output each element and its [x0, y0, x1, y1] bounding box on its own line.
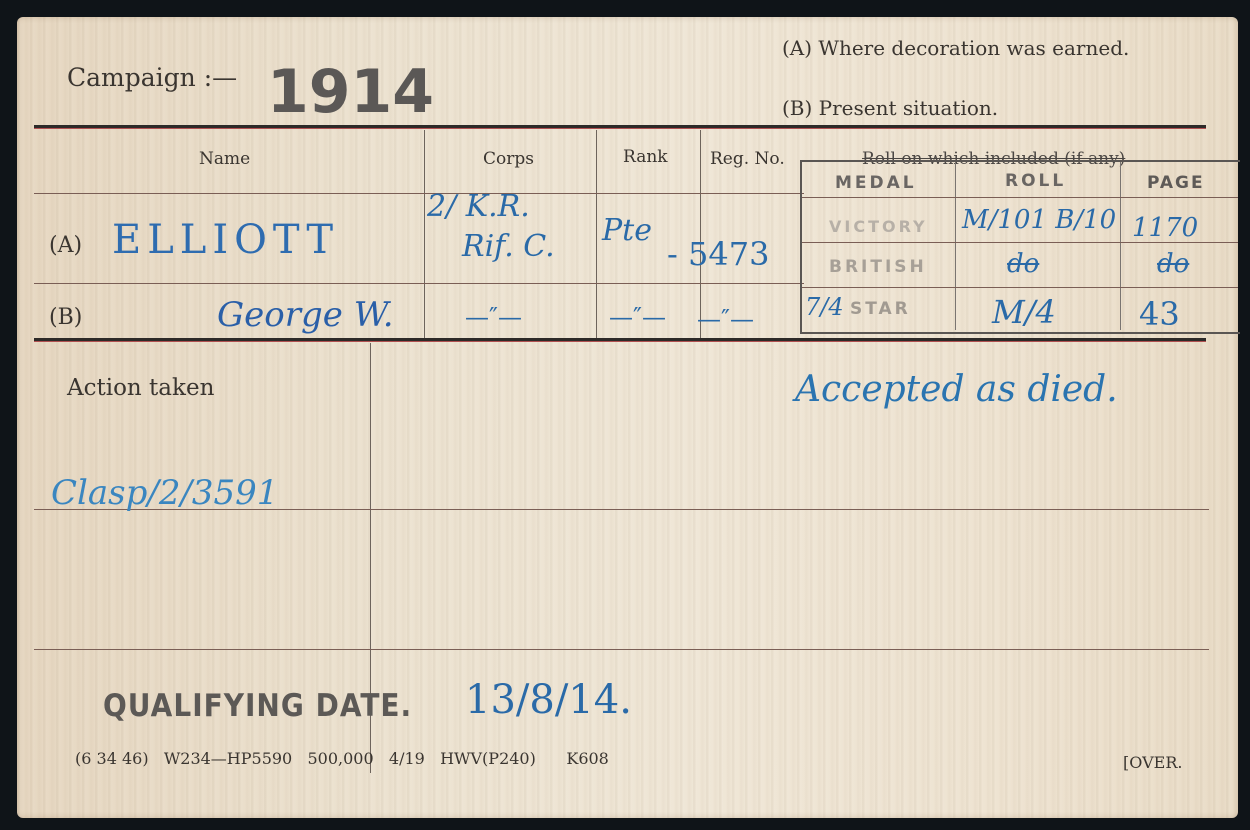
stamp-medal-victory: VICTORY — [829, 217, 928, 236]
surname: ELLIOTT — [112, 217, 339, 263]
stamp-medal-star: STAR — [850, 299, 911, 319]
row-marker-b: (B) — [49, 305, 82, 330]
divider-corps-rank — [596, 130, 597, 338]
corps-line-2: Rif. C. — [462, 229, 555, 264]
print-code: (6 34 46) W234—HP5590 500,000 4/19 HWV(P… — [75, 749, 609, 768]
page-star: 43 — [1139, 295, 1180, 333]
stamp-divider-2 — [1120, 162, 1121, 330]
roll-british: do — [1007, 249, 1039, 279]
roll-victory: M/101 B/10 — [962, 205, 1116, 235]
stamp-row2-line — [802, 287, 1238, 288]
star-prefix: 7/4 — [805, 293, 844, 321]
stamp-header-medal: MEDAL — [835, 173, 917, 193]
qualifying-date-stamp: QUALIFYING DATE. — [103, 687, 412, 723]
row-marker-a: (A) — [49, 233, 82, 258]
roll-star: M/4 — [992, 293, 1056, 331]
divider-name-corps — [424, 130, 425, 338]
page-british: do — [1157, 249, 1189, 279]
row-a-line — [34, 283, 804, 284]
medal-index-card: Campaign :— 1914 (A) Where decoration wa… — [17, 17, 1238, 818]
campaign-year-stamp: 1914 — [267, 57, 434, 127]
header-rule — [34, 125, 1206, 128]
column-header-corps: Corps — [483, 149, 534, 169]
reg-no: - 5473 — [667, 235, 769, 273]
action-note: Accepted as died. — [795, 369, 1118, 410]
lower-line-2 — [34, 649, 1209, 650]
action-taken-label: Action taken — [67, 375, 214, 401]
legend-a: (A) Where decoration was earned. — [782, 36, 1129, 60]
rank: Pte — [602, 213, 652, 248]
column-header-rank: Rank — [623, 147, 668, 167]
corps-ditto: —″— — [465, 303, 522, 331]
campaign-label: Campaign :— — [67, 63, 237, 92]
column-header-reg-no: Reg. No. — [710, 149, 785, 169]
qualifying-date: 13/8/14. — [465, 677, 632, 723]
stamp-divider-1 — [955, 162, 956, 330]
clasp-note: Clasp/2/3591 — [51, 473, 278, 513]
stamp-medal-british: BRITISH — [829, 257, 927, 277]
over-note: [OVER. — [1123, 753, 1182, 772]
legend-b: (B) Present situation. — [782, 96, 998, 120]
stamp-header-line — [802, 197, 1238, 198]
forename: George W. — [217, 295, 394, 335]
page-victory: 1170 — [1132, 213, 1198, 243]
stamp-header-roll: ROLL — [1005, 171, 1066, 191]
rank-ditto: —″— — [609, 303, 666, 331]
stamp-header-page: PAGE — [1147, 173, 1205, 193]
mid-rule — [34, 338, 1206, 341]
reg-no-ditto: —″— — [697, 305, 754, 333]
header-row-line — [34, 193, 804, 194]
column-header-name: Name — [199, 149, 250, 169]
corps-line-1: 2/ K.R. — [427, 189, 530, 224]
